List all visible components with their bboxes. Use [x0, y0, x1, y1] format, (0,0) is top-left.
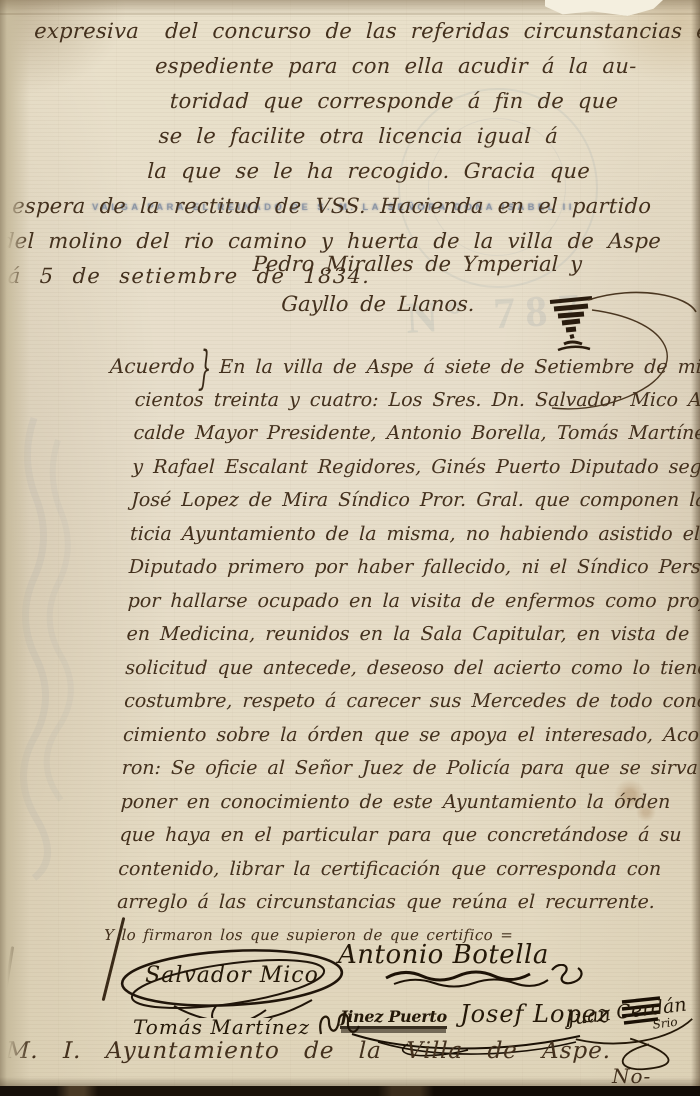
petition-line: toridad que corresponde á fin de que	[1, 84, 700, 119]
signature-antonio-botella: Antonio Botella	[338, 940, 594, 992]
acta-line: costumbre, respeto á carecer sus Mercede…	[124, 685, 697, 719]
acta-line-text: En la villa de Aspe á siete de Setiembre…	[219, 356, 700, 378]
acta-line: contenido, librar la certificación que c…	[118, 853, 691, 887]
acta-line: arreglo á las circunstancias que reúna e…	[117, 886, 690, 920]
acta-line: ticia Ayuntamiento de la misma, no habie…	[129, 518, 700, 552]
acta-line: ron: Se oficie al Señor Juez de Policía …	[121, 752, 694, 786]
petition-line: expresivadel concurso de las referidas c…	[4, 14, 700, 49]
acta-line: por hallarse ocupado en la visita de enf…	[127, 585, 700, 619]
acta-line: poner en conocimiento de este Ayuntamien…	[120, 786, 693, 820]
acta-line: en Medicina, reunidos en la Sala Capitul…	[126, 618, 699, 652]
acta-line: José Lopez de Mira Síndico Pror. Gral. q…	[131, 484, 700, 518]
acta-line: solicitud que antecede, deseoso del acie…	[125, 652, 698, 686]
signature-underline-rubric	[384, 964, 594, 992]
acta-line: que haya en el particular para que concr…	[119, 819, 692, 853]
petition-line: la que se le ha recogido. Gracia que	[0, 154, 700, 189]
left-page-edge	[0, 0, 30, 1096]
acta-label: Acuerdo	[109, 354, 195, 378]
petition-line: espediente para con ella acudir á la au-	[2, 49, 700, 84]
petition-line: espera de la rectitud de VSS. Hacienda e…	[0, 189, 699, 224]
horizontal-crease	[0, 13, 700, 15]
petition-first-word: expresiva	[34, 19, 140, 43]
acta-line: Diputado primero por haber fallecido, ni…	[128, 551, 700, 585]
right-page-edge	[691, 0, 700, 1096]
acta-line: cimiento sobre la órden que se apoya el …	[122, 719, 695, 753]
signature-name: Salvador Mico	[116, 963, 348, 988]
bottom-dark-strip	[0, 1086, 700, 1096]
petition-line: se le facilite otra licencia igual á	[0, 119, 700, 154]
signature-name: Tomás Martínez	[133, 1015, 310, 1039]
acta-opening-line: Acuerdo}En la villa de Aspe á siete de S…	[109, 350, 700, 384]
manuscript-page: VALGA PARA EL REINADO DE S. M. LA SEÑORA…	[0, 0, 700, 1096]
footer-attribution: M. I. Ayuntamiento de la Villa de Aspe.	[6, 1038, 612, 1064]
acta-line: calde Mayor Presidente, Antonio Borella,…	[133, 417, 700, 451]
acta-line: y Rafael Escalant Regidores, Ginés Puert…	[132, 451, 700, 485]
petition-line-text: del concurso de las referidas circunstan…	[165, 19, 700, 43]
acta-line: cientos treinta y cuatro: Los Sres. Dn. …	[134, 384, 700, 418]
paragraph-brace: }	[197, 331, 212, 408]
petitioner-signature-line1: Pedro Miralles de Ymperial y	[252, 244, 583, 284]
acta-paragraph: Acuerdo}En la villa de Aspe á siete de S…	[90, 350, 700, 950]
